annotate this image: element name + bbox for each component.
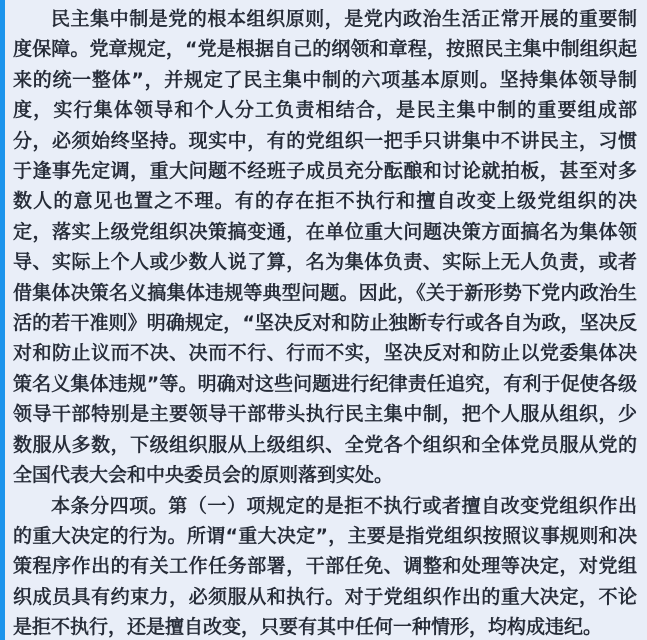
document-content: 民主集中制是党的根本组织原则，是党内政治生活正常开展的重要制度保障。党章规定，“… [5, 0, 647, 640]
document-page: 民主集中制是党的根本组织原则，是党内政治生活正常开展的重要制度保障。党章规定，“… [0, 0, 647, 640]
paragraph-clause-items: 本条分四项。第（一）项规定的是拒不执行或者擅自改变党组织作出的重大决定的行为。所… [13, 491, 637, 640]
paragraph-democratic-centralism: 民主集中制是党的根本组织原则，是党内政治生活正常开展的重要制度保障。党章规定，“… [13, 4, 637, 491]
